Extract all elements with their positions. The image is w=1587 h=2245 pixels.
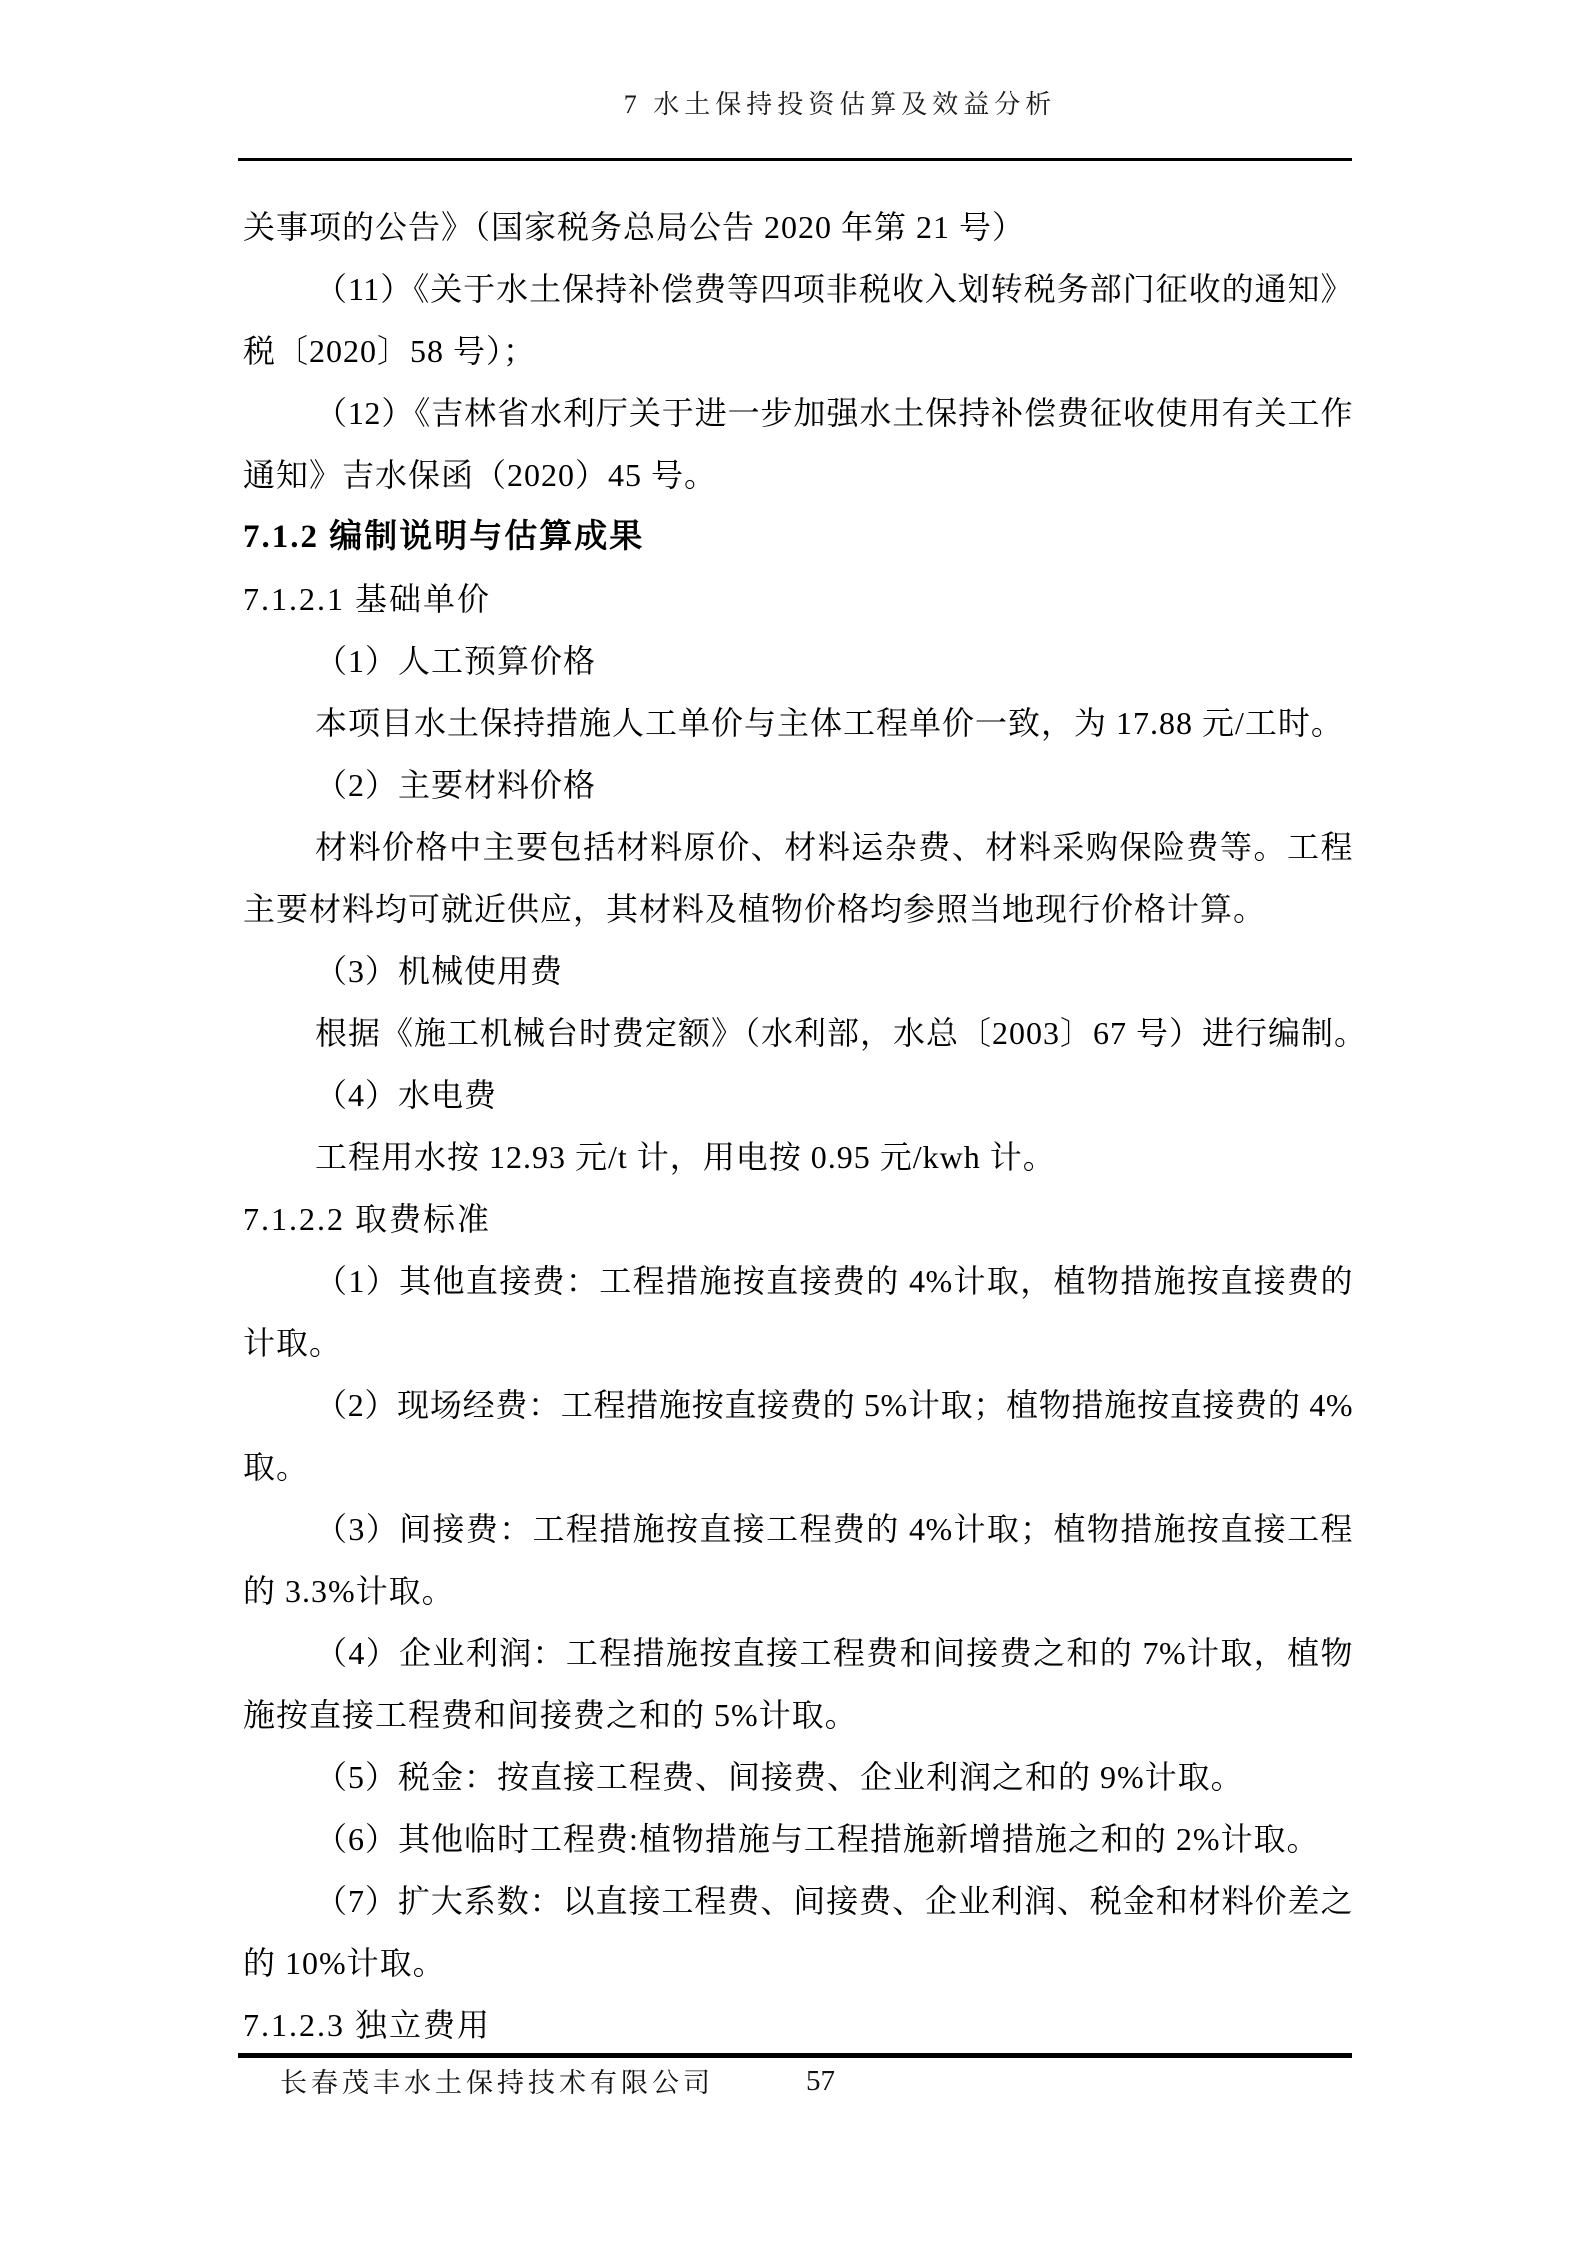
text-line: 税〔2020〕58 号）；	[243, 320, 1353, 382]
text-line: 本项目水土保持措施人工单价与主体工程单价一致，为 17.88 元/工时。	[243, 692, 1353, 754]
text-line: 材料价格中主要包括材料原价、材料运杂费、材料采购保险费等。工程所需	[243, 816, 1353, 878]
text-line: 取。	[243, 1436, 1353, 1498]
text-line: （2）主要材料价格	[243, 754, 1353, 816]
text-line: （6）其他临时工程费:植物措施与工程措施新增措施之和的 2%计取。	[243, 1808, 1353, 1870]
text-line: （3）间接费：工程措施按直接工程费的 4%计取；植物措施按直接工程费	[243, 1498, 1353, 1560]
text-line: （12）《吉林省水利厅关于进一步加强水土保持补偿费征收使用有关工作的	[243, 382, 1353, 444]
text-line: 主要材料均可就近供应，其材料及植物价格均参照当地现行价格计算。	[243, 878, 1353, 940]
footer-company-name: 长春茂丰水土保持技术有限公司	[280, 2062, 714, 2104]
section-heading: 7.1.2.2 取费标准	[243, 1188, 1353, 1250]
text-line: 计取。	[243, 1312, 1353, 1374]
text-line: 通知》吉水保函（2020）45 号。	[243, 444, 1353, 506]
text-line: （7）扩大系数：以直接工程费、间接费、企业利润、税金和材料价差之和	[243, 1870, 1353, 1932]
text-line: 关事项的公告》（国家税务总局公告 2020 年第 21 号）	[243, 196, 1353, 258]
document-page: 7 水土保持投资估算及效益分析 关事项的公告》（国家税务总局公告 2020 年第…	[0, 0, 1587, 2245]
text-line: （1）人工预算价格	[243, 630, 1353, 692]
text-line: （2）现场经费：工程措施按直接费的 5%计取；植物措施按直接费的 4%计	[243, 1374, 1353, 1436]
text-line: 施按直接工程费和间接费之和的 5%计取。	[243, 1684, 1353, 1746]
text-line: （11）《关于水土保持补偿费等四项非税收入划转税务部门征收的通知》（财	[243, 258, 1353, 320]
section-heading: 7.1.2.3 独立费用	[243, 1994, 1353, 2056]
footer-page-number: 57	[806, 2060, 835, 2102]
text-line: 工程用水按 12.93 元/t 计，用电按 0.95 元/kwh 计。	[243, 1126, 1353, 1188]
footer-rule	[238, 2053, 1352, 2058]
body-lines: 关事项的公告》（国家税务总局公告 2020 年第 21 号）（11）《关于水土保…	[243, 196, 1353, 2056]
text-line: 的 3.3%计取。	[243, 1560, 1353, 1622]
text-line: （4）水电费	[243, 1064, 1353, 1126]
section-heading: 7.1.2.1 基础单价	[243, 568, 1353, 630]
text-line: （3）机械使用费	[243, 940, 1353, 1002]
text-line: 的 10%计取。	[243, 1932, 1353, 1994]
text-line: （4）企业利润：工程措施按直接工程费和间接费之和的 7%计取，植物措	[243, 1622, 1353, 1684]
text-line: 根据《施工机械台时费定额》（水利部，水总〔2003〕67 号）进行编制。	[243, 1002, 1353, 1064]
text-line: （1）其他直接费：工程措施按直接费的 4%计取，植物措施按直接费的 3%	[243, 1250, 1353, 1312]
text-line: （5）税金：按直接工程费、间接费、企业利润之和的 9%计取。	[243, 1746, 1353, 1808]
section-heading: 7.1.2 编制说明与估算成果	[243, 506, 1353, 568]
page-header-title: 7 水土保持投资估算及效益分析	[624, 84, 1057, 121]
header-rule	[238, 158, 1352, 161]
